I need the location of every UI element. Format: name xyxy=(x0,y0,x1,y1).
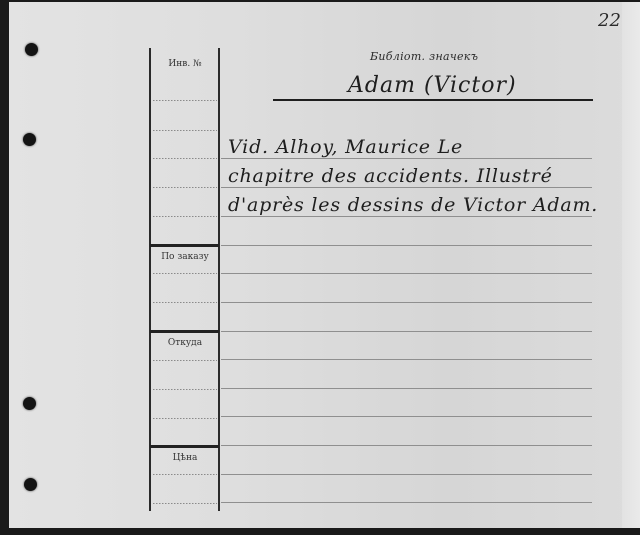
ruled-line xyxy=(221,388,592,389)
dotted-line xyxy=(153,216,217,217)
punch-hole-4 xyxy=(24,478,37,491)
ruled-line xyxy=(221,502,592,503)
dotted-line xyxy=(153,503,217,504)
card-right-edge xyxy=(622,2,640,528)
dotted-line xyxy=(153,100,217,101)
body-line-3: d'après les dessins de Victor Adam. xyxy=(228,194,598,216)
ruled-line xyxy=(221,302,592,303)
punch-hole-3 xyxy=(23,397,36,410)
author-heading: Adam (Victor) xyxy=(348,73,517,98)
dotted-line xyxy=(153,302,217,303)
ruled-line xyxy=(221,416,592,417)
dotted-line xyxy=(153,474,217,475)
ruled-line xyxy=(221,273,592,274)
ruled-line xyxy=(221,187,592,188)
ruled-line xyxy=(221,245,592,246)
left-column-border-right xyxy=(218,48,220,511)
dotted-line xyxy=(153,130,217,131)
punch-hole-1 xyxy=(25,43,38,56)
inventory-number-label: Инв. № xyxy=(151,58,219,70)
ruled-line xyxy=(221,445,592,446)
inventory-number-text: Инв. № xyxy=(168,59,201,69)
dotted-line xyxy=(153,187,217,188)
ruled-line xyxy=(221,158,592,159)
ruled-line xyxy=(221,216,592,217)
price-label: Цѣна xyxy=(151,453,219,463)
order-label: По заказу xyxy=(151,252,219,262)
left-column-border-left xyxy=(149,48,151,511)
page-number: 22 xyxy=(598,10,621,31)
section-separator xyxy=(150,244,219,247)
section-separator xyxy=(150,330,219,333)
heading-underline xyxy=(273,99,593,101)
ruled-line xyxy=(221,359,592,360)
body-line-1: Vid. Alhoy, Maurice Le xyxy=(228,136,463,158)
dotted-line xyxy=(153,273,217,274)
dotted-line xyxy=(153,389,217,390)
library-mark-label: Библіот. значекъ xyxy=(370,50,478,63)
section-separator xyxy=(150,445,219,448)
punch-hole-2 xyxy=(23,133,36,146)
source-label: Откуда xyxy=(151,338,219,348)
dotted-line xyxy=(153,158,217,159)
body-line-2: chapitre des accidents. Illustré xyxy=(228,165,553,187)
ruled-line xyxy=(221,474,592,475)
dotted-line xyxy=(153,360,217,361)
ruled-line xyxy=(221,331,592,332)
catalog-card xyxy=(9,2,640,528)
dotted-line xyxy=(153,418,217,419)
